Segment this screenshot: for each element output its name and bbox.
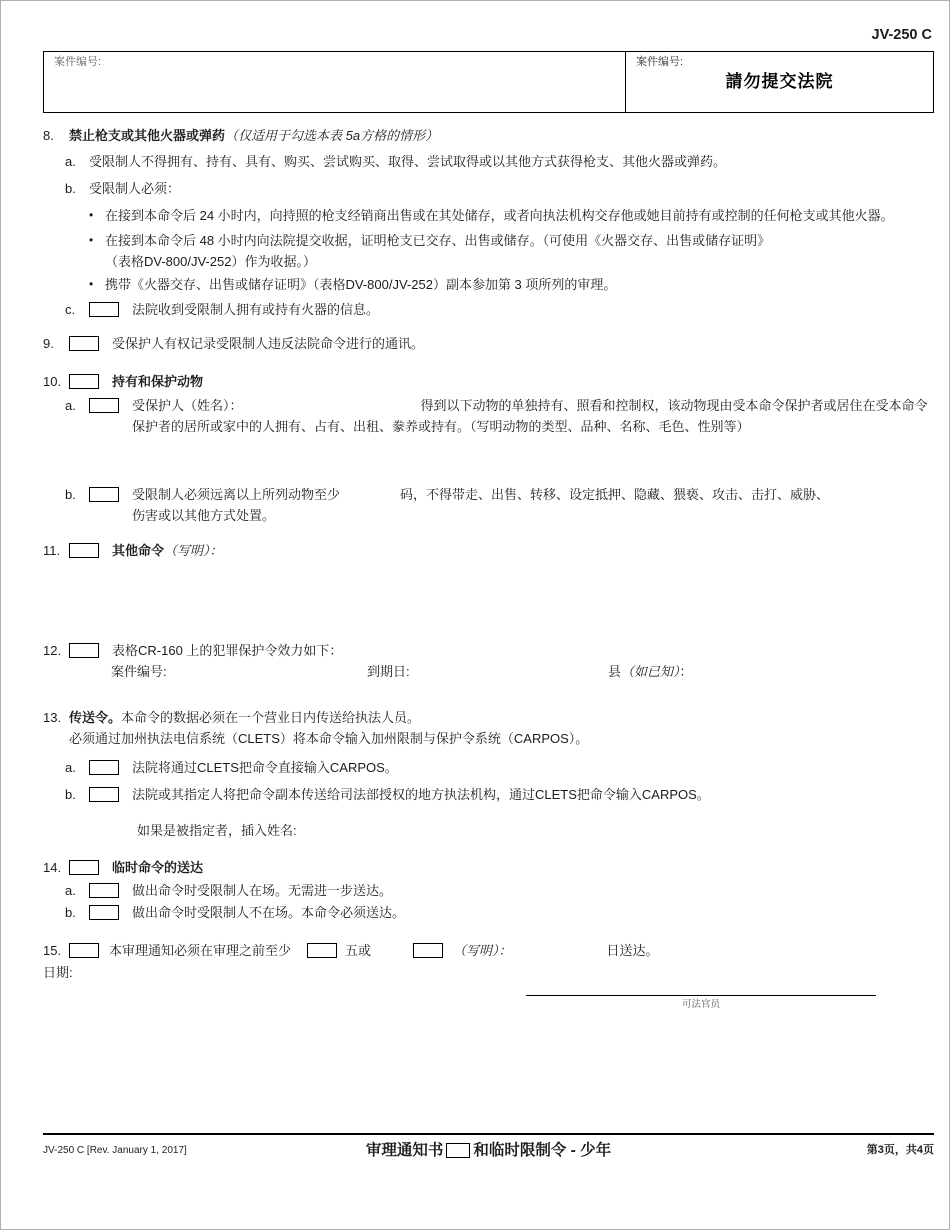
checkbox-13a[interactable] [89, 760, 119, 775]
item-15-text-2: 日送达。 [607, 940, 659, 961]
item-14-title: 临时命令的送达 [112, 857, 934, 878]
item-13-line-2: 必须通过加州执法电信系统（CLETS）将本命令输入加州限制与保护令系统（CARP… [69, 728, 934, 749]
item-10a-continuation: 得到以下动物的单独持有、照看和控制权，该动物现由受本命令保护者或居住在受本命令保… [132, 398, 928, 434]
designee-name-line[interactable]: 如果是被指定者，插入姓名: [137, 820, 934, 841]
item-8c: c. 法院收到受限制人拥有或持有火器的信息。 [65, 299, 934, 320]
item-8c-letter: c. [65, 299, 89, 320]
item-8a-letter: a. [65, 151, 89, 172]
checkbox-15[interactable] [69, 943, 99, 958]
footer-form-title: 审理通知书和临时限制令 - 少年 [268, 1140, 709, 1161]
item-10a-letter: a. [65, 395, 89, 437]
checkbox-12[interactable] [69, 643, 99, 658]
checkbox-14a[interactable] [89, 883, 119, 898]
item-13: 13. 传送令。本命令的数据必须在一个营业日内传送给执法人员。 必须通过加州执法… [43, 707, 934, 749]
item-8a: a. 受限制人不得拥有、持有、具有、购买、尝试购买、取得、尝试取得或以其他方式获… [65, 151, 934, 172]
checkbox-15-five[interactable] [307, 943, 337, 958]
bullet-icon: • [89, 205, 105, 226]
item-14b: b. 做出命令时受限制人不在场。本命令必须送达。 [65, 902, 934, 923]
checkbox-14b[interactable] [89, 905, 119, 920]
item-10b-letter: b. [65, 484, 89, 526]
item-14b-letter: b. [65, 902, 89, 923]
item-10-number: 10. [43, 371, 69, 392]
checkbox-8c[interactable] [89, 302, 119, 317]
cr160-expiration-label[interactable]: 到期日: [367, 661, 608, 682]
case-number-label-left: 案件编号: [54, 55, 615, 69]
item-13b-text: 法院或其指定人将把命令副本传送给司法部授权的地方执法机构，通过CLETS把命令输… [132, 784, 934, 805]
cr160-case-number-text: 案件编号: [111, 664, 167, 679]
item-8-number: 8. [43, 125, 69, 146]
date-label: 日期: [43, 965, 73, 980]
footer-page-number: 第3页，共4页 [709, 1140, 934, 1161]
item-11-text: 其他命令（写明）： [112, 540, 934, 561]
item-8c-text: 法院收到受限制人拥有或持有火器的信息。 [132, 299, 934, 320]
bullet-1: • 在接到本命令后 24 小时内，向持照的枪支经销商出售或在其处储存，或者向执法… [89, 205, 934, 226]
form-page: JV-250 C 案件编号: 案件编号: 請勿提交法院 8. 禁止枪支或其他火器… [0, 0, 950, 1230]
case-number-label-right: 案件编号: [636, 55, 923, 69]
checkbox-footer-title[interactable] [446, 1143, 470, 1158]
bullet-1-text: 在接到本命令后 24 小时内，向持照的枪支经销商出售或在其处储存，或者向执法机构… [105, 205, 934, 226]
item-10b-part-2: 码，不得带走、出售、转移、设定抵押、隐藏、猥亵、攻击、击打、威胁、 [400, 487, 829, 502]
item-11-title: 其他命令 [112, 543, 164, 558]
item-9-number: 9. [43, 333, 69, 354]
bullet-2-line-2: （表格DV-800/JV-252）作为收据。） [105, 251, 934, 272]
checkbox-13b[interactable] [89, 787, 119, 802]
item-14b-text: 做出命令时受限制人不在场。本命令必须送达。 [132, 902, 934, 923]
item-10b-part-3: 伤害或以其他方式处置。 [132, 505, 934, 526]
checkbox-10b[interactable] [89, 487, 119, 502]
item-10b-part-1: 受限制人必须远离以上所列动物至少 [132, 487, 340, 502]
item-12-detail-line: 案件编号: 到期日: 县（如已知）： [111, 661, 934, 682]
item-13-number: 13. [43, 707, 69, 749]
item-10b-text: 受限制人必须远离以上所列动物至少码，不得带走、出售、转移、设定抵押、隐藏、猥亵、… [132, 484, 934, 526]
item-11-number: 11. [43, 540, 69, 561]
do-not-file-notice: 請勿提交法院 [636, 71, 923, 92]
bullet-3-text: 携带《火器交存、出售或储存证明》（表格DV-800/JV-252）副本参加第 3… [105, 274, 934, 295]
item-13a: a. 法院将通过CLETS把命令直接输入CARPOS。 [65, 757, 934, 778]
item-12-text: 表格CR-160 上的犯罪保护令效力如下： [112, 640, 934, 661]
item-8-title-note: （仅适用于勾选本表 5a方格的情形） [225, 128, 438, 143]
item-14: 14. 临时命令的送达 [43, 857, 934, 878]
item-13-title: 传送令。 [69, 710, 121, 725]
bullet-2-line-1: 在接到本命令后 48 小时内向法院提交收据，证明枪支已交存、出售或储存。（可使用… [105, 230, 934, 251]
item-10b: b. 受限制人必须远离以上所列动物至少码，不得带走、出售、转移、设定抵押、隐藏、… [65, 484, 934, 526]
checkbox-10a[interactable] [89, 398, 119, 413]
item-8-title-line: 禁止枪支或其他火器或弹药（仅适用于勾选本表 5a方格的情形） [69, 125, 934, 146]
form-number: JV-250 C [43, 25, 934, 46]
item-12: 12. 表格CR-160 上的犯罪保护令效力如下： [43, 640, 934, 661]
checkbox-15-specify[interactable] [413, 943, 443, 958]
date-line[interactable]: 日期: [43, 962, 934, 983]
bullet-3: • 携带《火器交存、出售或储存证明》（表格DV-800/JV-252）副本参加第… [89, 274, 934, 295]
judicial-officer-label: 可法官员 [682, 999, 720, 1010]
item-8a-text: 受限制人不得拥有、持有、具有、购买、尝试购买、取得、尝试取得或以其他方式获得枪支… [89, 151, 934, 172]
county-colon: ： [680, 664, 693, 679]
case-number-box: 案件编号: 案件编号: 請勿提交法院 [43, 51, 934, 113]
item-13-text: 本命令的数据必须在一个营业日内传送给执法人员。 [121, 710, 420, 725]
item-15-number: 15. [43, 940, 69, 961]
item-12-number: 12. [43, 640, 69, 661]
item-13b-letter: b. [65, 784, 89, 805]
checkbox-11[interactable] [69, 543, 99, 558]
cr160-county-label[interactable]: 县（如已知）： [608, 661, 934, 682]
designee-note: 如果是被指定者，插入姓名: [137, 823, 297, 838]
cr160-case-number-label[interactable]: 案件编号: [111, 661, 367, 682]
item-10a-text: 受保护人（姓名）：得到以下动物的单独持有、照看和控制权，该动物现由受本命令保护者… [132, 395, 934, 437]
bullet-2: • 在接到本命令后 48 小时内向法院提交收据，证明枪支已交存、出售或储存。（可… [89, 230, 934, 272]
judicial-officer-signature-block: 可法官员 [526, 995, 876, 1011]
bullet-icon: • [89, 274, 105, 295]
item-9: 9. 受保护人有权记录受限制人违反法院命令进行的通讯。 [43, 333, 934, 354]
item-13-body: 传送令。本命令的数据必须在一个营业日内传送给执法人员。 必须通过加州执法电信系统… [69, 707, 934, 749]
checkbox-10[interactable] [69, 374, 99, 389]
item-11: 11. 其他命令（写明）： [43, 540, 934, 561]
case-number-field-right[interactable]: 案件编号: 請勿提交法院 [625, 52, 933, 112]
bullet-icon: • [89, 230, 105, 272]
item-15-specify-label: （写明）： [453, 940, 512, 961]
item-15: 15. 本审理通知必须在审理之前至少 五或 （写明）： 日送达。 [43, 940, 934, 961]
item-13a-letter: a. [65, 757, 89, 778]
county-text: 县 [608, 664, 621, 679]
item-14a: a. 做出命令时受限制人在场。无需进一步送达。 [65, 880, 934, 901]
item-15-text-1: 本审理通知必须在审理之前至少 [109, 940, 291, 961]
item-14-number: 14. [43, 857, 69, 878]
page-footer: JV-250 C [Rev. January 1, 2017] 审理通知书和临时… [43, 1133, 934, 1161]
checkbox-9[interactable] [69, 336, 99, 351]
item-13-line-1: 传送令。本命令的数据必须在一个营业日内传送给执法人员。 [69, 707, 934, 728]
item-15-five-label: 五或 [345, 940, 371, 961]
item-8b-letter: b. [65, 178, 89, 199]
item-10-title: 持有和保护动物 [112, 371, 934, 392]
item-8-title: 禁止枪支或其他火器或弹药 [69, 128, 225, 143]
item-8: 8. 禁止枪支或其他火器或弹药（仅适用于勾选本表 5a方格的情形） [43, 125, 934, 146]
item-9-text: 受保护人有权记录受限制人违反法院命令进行的通讯。 [112, 333, 934, 354]
footer-form-revision: JV-250 C [Rev. January 1, 2017] [43, 1140, 268, 1161]
checkbox-14[interactable] [69, 860, 99, 875]
item-10a-name-label: 受保护人（姓名）： [132, 398, 243, 413]
item-13a-text: 法院将通过CLETS把命令直接输入CARPOS。 [132, 757, 934, 778]
item-10: 10. 持有和保护动物 [43, 371, 934, 392]
item-8b-text: 受限制人必须： [89, 178, 934, 199]
item-14a-text: 做出命令时受限制人在场。无需进一步送达。 [132, 880, 934, 901]
cr160-expiration-text: 到期日: [367, 664, 410, 679]
item-8b-bullets: • 在接到本命令后 24 小时内，向持照的枪支经销商出售或在其处储存，或者向执法… [89, 205, 934, 295]
case-number-field-left[interactable]: 案件编号: [44, 52, 625, 112]
item-10a: a. 受保护人（姓名）：得到以下动物的单独持有、照看和控制权，该动物现由受本命令… [65, 395, 934, 437]
item-13b: b. 法院或其指定人将把命令副本传送给司法部授权的地方执法机构，通过CLETS把… [65, 784, 934, 805]
item-14a-letter: a. [65, 880, 89, 901]
bullet-2-text: 在接到本命令后 48 小时内向法院提交收据，证明枪支已交存、出售或储存。（可使用… [105, 230, 934, 272]
county-note: （如已知） [621, 664, 680, 679]
footer-title-right: 和临时限制令 - 少年 [473, 1142, 611, 1159]
item-8b: b. 受限制人必须： [65, 178, 934, 199]
item-11-note: （写明）： [164, 543, 223, 558]
footer-title-left: 审理通知书 [366, 1142, 444, 1159]
